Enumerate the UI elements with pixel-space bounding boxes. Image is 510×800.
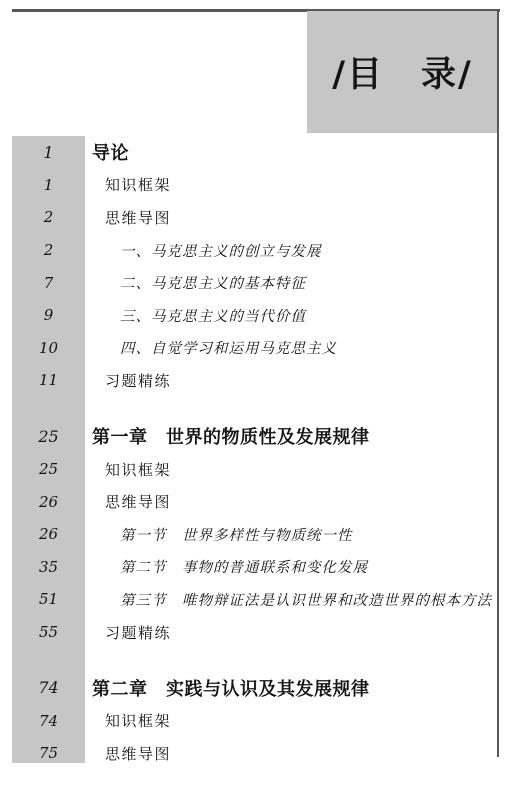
toc-row: 51第三节 唯物辩证法是认识世界和改造世界的根本方法 bbox=[0, 583, 497, 616]
right-vertical-rule bbox=[497, 11, 499, 757]
toc-row: 9三、马克思主义的当代价值 bbox=[0, 299, 497, 332]
toc-page: /目 录/ 1导论1知识框架2思维导图2一、马克思主义的创立与发展7二、马克思主… bbox=[0, 0, 510, 800]
page-number: 55 bbox=[12, 623, 85, 641]
toc-row: 74第二章 实践与认识及其发展规律 bbox=[0, 672, 497, 705]
page-number: 2 bbox=[12, 208, 85, 226]
toc-row: 11习题精练 bbox=[0, 364, 497, 397]
toc-entry-label: 四、自觉学习和运用马克思主义 bbox=[85, 337, 337, 358]
toc-row: 26第一节 世界多样性与物质统一性 bbox=[0, 518, 497, 551]
toc-row: 1知识框架 bbox=[0, 169, 497, 202]
toc-entry-label: 第二章 实践与认识及其发展规律 bbox=[85, 675, 370, 701]
toc-entry-label: 思维导图 bbox=[85, 491, 171, 512]
toc-entry-label: 第三节 唯物辩证法是认识世界和改造世界的根本方法 bbox=[85, 589, 492, 610]
page-number: 9 bbox=[12, 306, 85, 324]
toc-row: 25知识框架 bbox=[0, 453, 497, 486]
page-number: 2 bbox=[12, 241, 85, 259]
toc-row: 55习题精练 bbox=[0, 616, 497, 649]
toc-entry-label: 一、马克思主义的创立与发展 bbox=[85, 240, 322, 261]
toc-entry-label: 第二节 事物的普通联系和变化发展 bbox=[85, 556, 368, 577]
toc-row: 25第一章 世界的物质性及发展规律 bbox=[0, 420, 497, 453]
page-number: 35 bbox=[12, 558, 85, 576]
toc-entry-label: 知识框架 bbox=[85, 710, 171, 731]
toc-entry-label: 思维导图 bbox=[85, 207, 171, 228]
page-number: 25 bbox=[12, 427, 85, 446]
toc-entry-label: 习题精练 bbox=[85, 622, 171, 643]
toc-row: 1导论 bbox=[0, 136, 497, 169]
page-number: 11 bbox=[12, 371, 85, 389]
toc-row: 74知识框架 bbox=[0, 704, 497, 737]
toc-title-box: /目 录/ bbox=[307, 11, 498, 133]
toc-row: 10四、自觉学习和运用马克思主义 bbox=[0, 332, 497, 365]
toc-entry-label: 第一章 世界的物质性及发展规律 bbox=[85, 423, 370, 449]
page-number: 51 bbox=[12, 590, 85, 608]
page-number: 1 bbox=[12, 143, 85, 162]
toc-entry-label: 思维导图 bbox=[85, 743, 171, 764]
toc-entry-label: 三、马克思主义的当代价值 bbox=[85, 305, 306, 326]
toc-entry-label: 导论 bbox=[85, 139, 129, 165]
toc-row: 2思维导图 bbox=[0, 201, 497, 234]
page-number: 74 bbox=[12, 678, 85, 697]
toc-row: 26思维导图 bbox=[0, 485, 497, 518]
page-title: /目 录/ bbox=[332, 47, 473, 97]
toc-row: 75思维导图 bbox=[0, 737, 497, 770]
toc-entry-label: 知识框架 bbox=[85, 459, 171, 480]
page-number: 25 bbox=[12, 460, 85, 478]
toc-row: 7二、马克思主义的基本特征 bbox=[0, 266, 497, 299]
toc-entry-label: 第一节 世界多样性与物质统一性 bbox=[85, 524, 353, 545]
page-number: 26 bbox=[12, 493, 85, 511]
page-number: 75 bbox=[12, 744, 85, 762]
page-number: 10 bbox=[12, 339, 85, 357]
toc-row: 35第二节 事物的普通联系和变化发展 bbox=[0, 551, 497, 584]
toc-entry-label: 二、马克思主义的基本特征 bbox=[85, 272, 306, 293]
page-number: 7 bbox=[12, 274, 85, 292]
toc-list: 1导论1知识框架2思维导图2一、马克思主义的创立与发展7二、马克思主义的基本特征… bbox=[0, 136, 497, 769]
toc-entry-label: 习题精练 bbox=[85, 370, 171, 391]
page-number: 26 bbox=[12, 525, 85, 543]
page-number: 74 bbox=[12, 712, 85, 730]
toc-entry-label: 知识框架 bbox=[85, 174, 171, 195]
page-number: 1 bbox=[12, 176, 85, 194]
toc-row: 2一、马克思主义的创立与发展 bbox=[0, 234, 497, 267]
